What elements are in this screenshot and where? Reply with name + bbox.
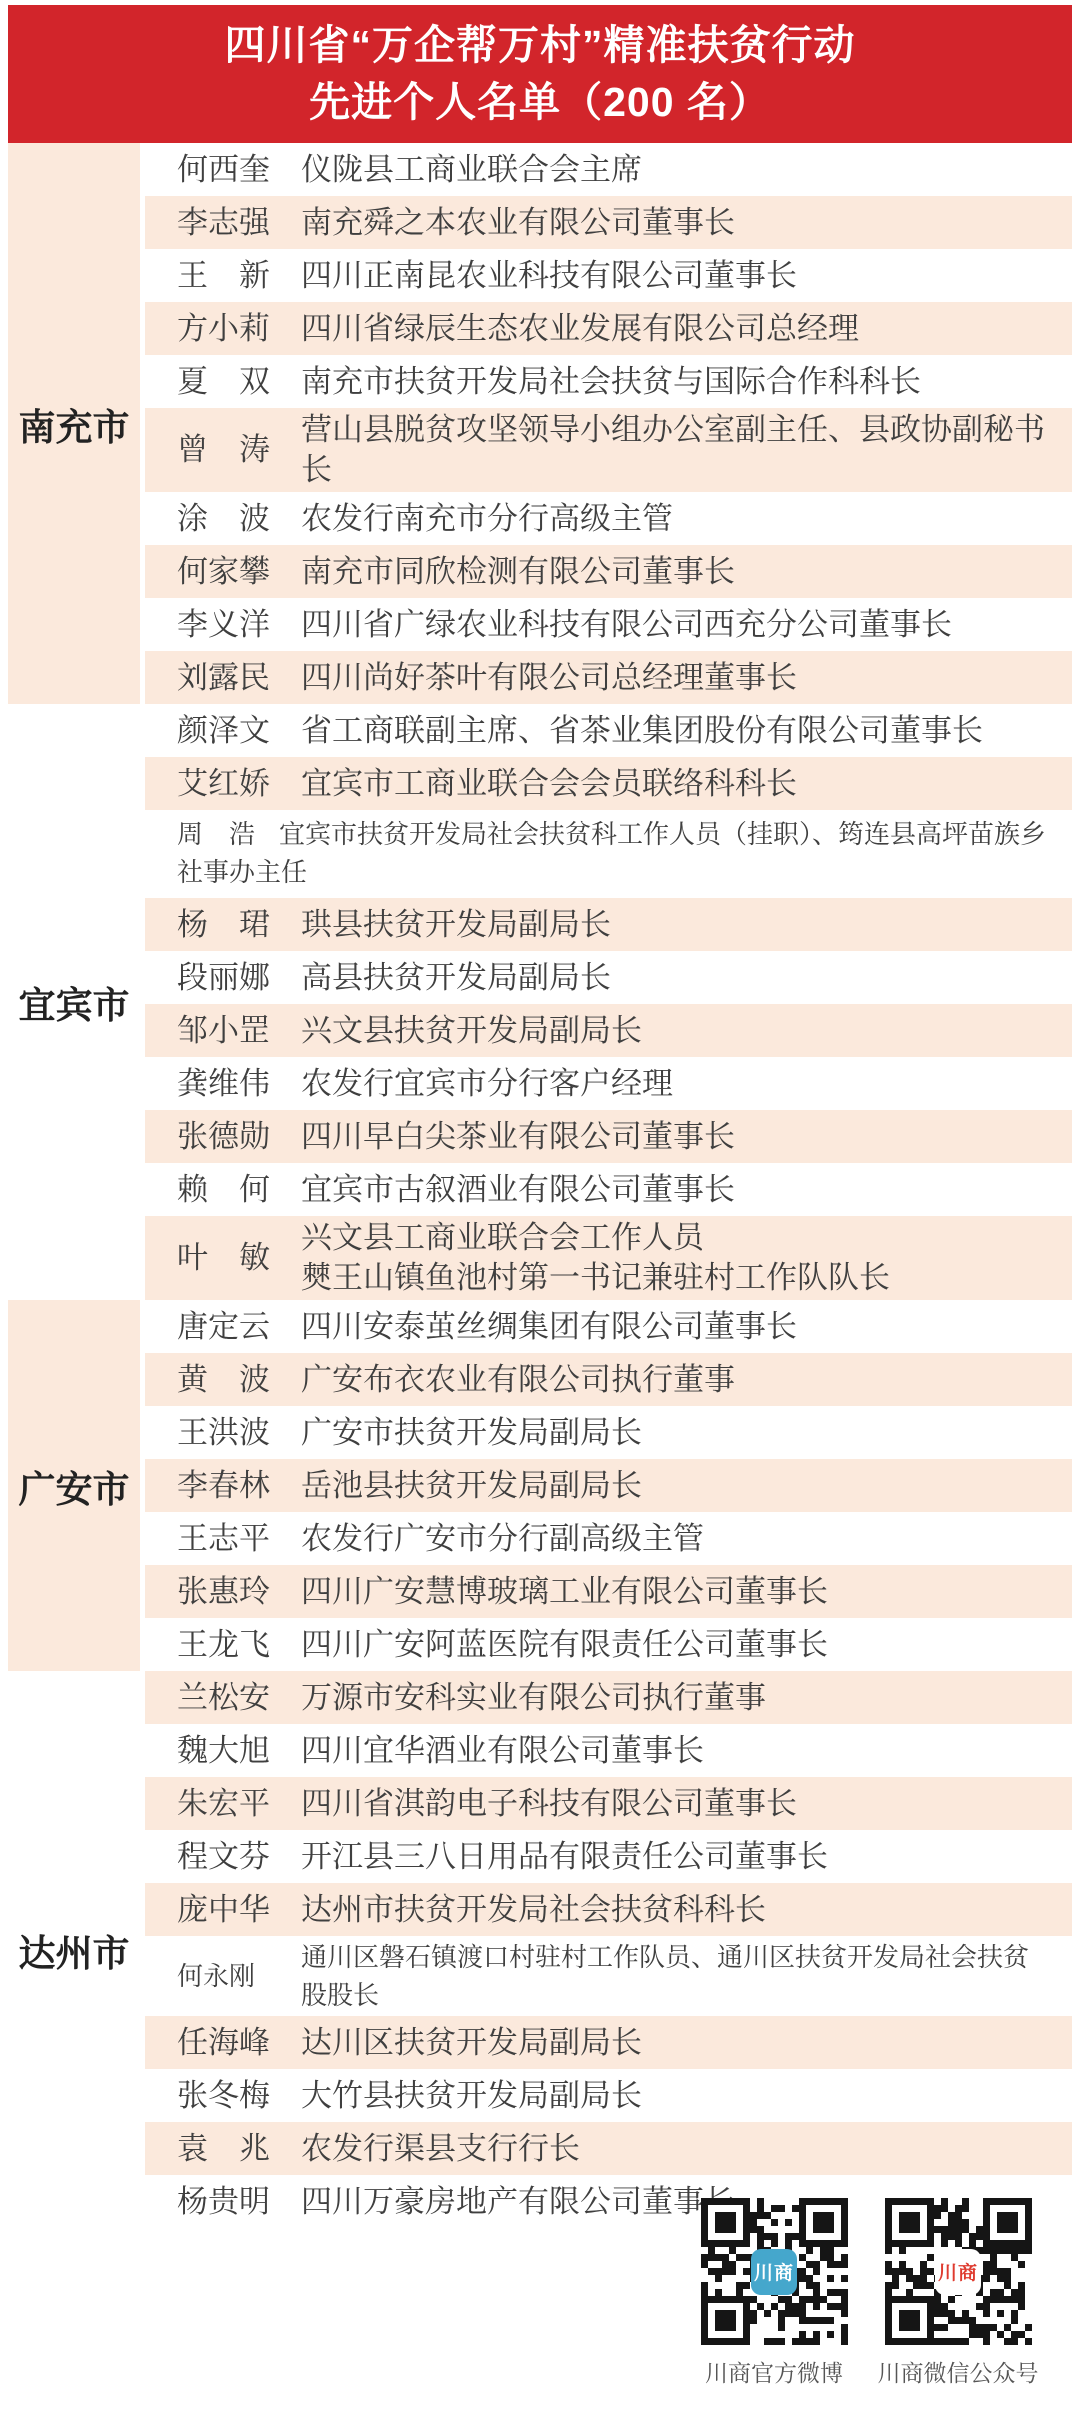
person-name: 黄 波 bbox=[177, 1360, 279, 1400]
section-rows: 唐定云四川安泰茧丝绸集团有限公司董事长黄 波广安布衣农业有限公司执行董事王洪波广… bbox=[145, 1300, 1072, 1671]
person-name: 兰松安 bbox=[177, 1678, 279, 1718]
person-title: 万源市安科实业有限公司执行董事 bbox=[301, 1678, 766, 1718]
list-row: 杨 珺珙县扶贫开发局副局长 bbox=[145, 898, 1072, 951]
list-row: 张德勋四川早白尖茶业有限公司董事长 bbox=[145, 1110, 1072, 1163]
chuanshang-logo-red: 川商 bbox=[935, 2249, 981, 2295]
person-name: 王龙飞 bbox=[177, 1625, 279, 1665]
person-title: 四川广安阿蓝医院有限责任公司董事长 bbox=[301, 1625, 828, 1665]
person-title: 开江县三八日用品有限责任公司董事长 bbox=[301, 1837, 828, 1877]
person-title: 四川广安慧博玻璃工业有限公司董事长 bbox=[301, 1572, 828, 1612]
list-row: 李义洋四川省广绿农业科技有限公司西充分公司董事长 bbox=[145, 598, 1072, 651]
list-row: 涂 波农发行南充市分行高级主管 bbox=[145, 492, 1072, 545]
person-title: 宜宾市扶贫开发局社会扶贫科工作人员（挂职）、筠连县高坪苗族乡社事办主任 bbox=[177, 819, 1046, 887]
person-name: 何家攀 bbox=[177, 552, 279, 592]
wechat-qr-code: 川商 bbox=[885, 2198, 1032, 2345]
list-row: 颜泽文省工商联副主席、省茶业集团股份有限公司董事长 bbox=[145, 704, 1072, 757]
person-name: 王志平 bbox=[177, 1519, 279, 1559]
list-row: 魏大旭四川宜华酒业有限公司董事长 bbox=[145, 1724, 1072, 1777]
person-title: 宜宾市工商业联合会会员联络科科长 bbox=[301, 764, 797, 804]
person-name: 魏大旭 bbox=[177, 1731, 279, 1771]
person-name: 王洪波 bbox=[177, 1413, 279, 1453]
person-title: 农发行广安市分行副高级主管 bbox=[301, 1519, 704, 1559]
person-name: 张冬梅 bbox=[177, 2076, 279, 2116]
person-title: 南充市同欣检测有限公司董事长 bbox=[301, 552, 735, 592]
person-title: 四川正南昆农业科技有限公司董事长 bbox=[301, 256, 797, 296]
list-row: 邹小罡兴文县扶贫开发局副局长 bbox=[145, 1004, 1072, 1057]
person-title: 仪陇县工商业联合会主席 bbox=[301, 150, 642, 190]
person-title: 农发行宜宾市分行客户经理 bbox=[301, 1064, 673, 1104]
person-title: 四川省广绿农业科技有限公司西充分公司董事长 bbox=[301, 605, 952, 645]
list-row: 任海峰达川区扶贫开发局副局长 bbox=[145, 2016, 1072, 2069]
footer: 川商 川商官方微博 川商 川商微信公众号 bbox=[0, 2190, 1080, 2436]
list-row: 何永刚通川区磐石镇渡口村驻村工作队员、通川区扶贫开发局社会扶贫股股长 bbox=[145, 1936, 1072, 2016]
list-row: 叶 敏兴文县工商业联合会工作人员 僰王山镇鱼池村第一书记兼驻村工作队队长 bbox=[145, 1216, 1072, 1300]
person-title: 宜宾市古叙酒业有限公司董事长 bbox=[301, 1170, 735, 1210]
person-name: 唐定云 bbox=[177, 1307, 279, 1347]
list-row: 李春林岳池县扶贫开发局副局长 bbox=[145, 1459, 1072, 1512]
person-name: 刘露民 bbox=[177, 658, 279, 698]
section-rows: 颜泽文省工商联副主席、省茶业集团股份有限公司董事长艾红娇宜宾市工商业联合会会员联… bbox=[145, 704, 1072, 1300]
person-title: 兴文县扶贫开发局副局长 bbox=[301, 1011, 642, 1051]
person-title: 岳池县扶贫开发局副局长 bbox=[301, 1466, 642, 1506]
person-name: 杨 珺 bbox=[177, 905, 279, 945]
person-name: 夏 双 bbox=[177, 362, 279, 402]
person-name: 程文芬 bbox=[177, 1837, 279, 1877]
list-row: 艾红娇宜宾市工商业联合会会员联络科科长 bbox=[145, 757, 1072, 810]
person-name: 周 浩 bbox=[177, 819, 255, 849]
person-name: 邹小罡 bbox=[177, 1011, 279, 1051]
weibo-qr-block: 川商 川商官方微博 bbox=[700, 2198, 848, 2388]
list-row: 段丽娜高县扶贫开发局副局长 bbox=[145, 951, 1072, 1004]
section-label: 广安市 bbox=[8, 1300, 140, 1671]
person-title: 广安市扶贫开发局副局长 bbox=[301, 1413, 642, 1453]
person-name: 曾 涛 bbox=[177, 430, 279, 470]
city-section: 达州市兰松安万源市安科实业有限公司执行董事魏大旭四川宜华酒业有限公司董事长朱宏平… bbox=[8, 1671, 1072, 2228]
section-label: 宜宾市 bbox=[8, 704, 140, 1300]
list-row: 何家攀南充市同欣检测有限公司董事长 bbox=[145, 545, 1072, 598]
list-row: 唐定云四川安泰茧丝绸集团有限公司董事长 bbox=[145, 1300, 1072, 1353]
person-title: 广安布衣农业有限公司执行董事 bbox=[301, 1360, 735, 1400]
section-label: 达州市 bbox=[8, 1671, 140, 2228]
list-row: 曾 涛营山县脱贫攻坚领导小组办公室副主任、县政协副秘书长 bbox=[145, 408, 1072, 492]
list-row: 王龙飞四川广安阿蓝医院有限责任公司董事长 bbox=[145, 1618, 1072, 1671]
person-name: 颜泽文 bbox=[177, 711, 279, 751]
person-title: 营山县脱贫攻坚领导小组办公室副主任、县政协副秘书长 bbox=[301, 410, 1054, 490]
list-row: 龚维伟农发行宜宾市分行客户经理 bbox=[145, 1057, 1072, 1110]
person-title: 四川宜华酒业有限公司董事长 bbox=[301, 1731, 704, 1771]
header-title-line1: 四川省“万企帮万村”精准扶贫行动 bbox=[225, 17, 856, 74]
person-title: 达州市扶贫开发局社会扶贫科科长 bbox=[301, 1890, 766, 1930]
person-name: 艾红娇 bbox=[177, 764, 279, 804]
person-name: 段丽娜 bbox=[177, 958, 279, 998]
list-row: 庞中华达州市扶贫开发局社会扶贫科科长 bbox=[145, 1883, 1072, 1936]
city-section: 广安市唐定云四川安泰茧丝绸集团有限公司董事长黄 波广安布衣农业有限公司执行董事王… bbox=[8, 1300, 1072, 1671]
awardee-list: 南充市何西奎仪陇县工商业联合会主席李志强南充舜之本农业有限公司董事长王 新四川正… bbox=[8, 143, 1072, 2228]
person-name: 龚维伟 bbox=[177, 1064, 279, 1104]
list-row: 方小莉四川省绿辰生态农业发展有限公司总经理 bbox=[145, 302, 1072, 355]
city-section: 宜宾市颜泽文省工商联副主席、省茶业集团股份有限公司董事长艾红娇宜宾市工商业联合会… bbox=[8, 704, 1072, 1300]
person-name: 李志强 bbox=[177, 203, 279, 243]
person-title: 农发行南充市分行高级主管 bbox=[301, 499, 673, 539]
person-title: 珙县扶贫开发局副局长 bbox=[301, 905, 611, 945]
poster-page: 四川省“万企帮万村”精准扶贫行动 先进个人名单（200 名） 南充市何西奎仪陇县… bbox=[0, 0, 1080, 2436]
list-row: 赖 何宜宾市古叙酒业有限公司董事长 bbox=[145, 1163, 1072, 1216]
list-row: 张冬梅大竹县扶贫开发局副局长 bbox=[145, 2069, 1072, 2122]
list-row: 程文芬开江县三八日用品有限责任公司董事长 bbox=[145, 1830, 1072, 1883]
person-title: 四川省绿辰生态农业发展有限公司总经理 bbox=[301, 309, 859, 349]
section-label: 南充市 bbox=[8, 143, 140, 704]
list-row: 王洪波广安市扶贫开发局副局长 bbox=[145, 1406, 1072, 1459]
person-name: 张惠玲 bbox=[177, 1572, 279, 1612]
person-title: 达川区扶贫开发局副局长 bbox=[301, 2023, 642, 2063]
person-name: 何永刚 bbox=[177, 1957, 279, 1995]
person-title: 四川安泰茧丝绸集团有限公司董事长 bbox=[301, 1307, 797, 1347]
list-row: 兰松安万源市安科实业有限公司执行董事 bbox=[145, 1671, 1072, 1724]
person-name: 赖 何 bbox=[177, 1170, 279, 1210]
list-row: 王 新四川正南昆农业科技有限公司董事长 bbox=[145, 249, 1072, 302]
person-title: 农发行渠县支行行长 bbox=[301, 2129, 580, 2169]
person-title: 四川早白尖茶业有限公司董事长 bbox=[301, 1117, 735, 1157]
list-row: 朱宏平四川省淇韵电子科技有限公司董事长 bbox=[145, 1777, 1072, 1830]
list-row: 李志强南充舜之本农业有限公司董事长 bbox=[145, 196, 1072, 249]
person-title: 南充市扶贫开发局社会扶贫与国际合作科科长 bbox=[301, 362, 921, 402]
person-title: 大竹县扶贫开发局副局长 bbox=[301, 2076, 642, 2116]
person-name: 王 新 bbox=[177, 256, 279, 296]
person-title: 通川区磐石镇渡口村驻村工作队员、通川区扶贫开发局社会扶贫股股长 bbox=[301, 1938, 1054, 2014]
list-row: 夏 双南充市扶贫开发局社会扶贫与国际合作科科长 bbox=[145, 355, 1072, 408]
person-title: 省工商联副主席、省茶业集团股份有限公司董事长 bbox=[301, 711, 983, 751]
person-name: 张德勋 bbox=[177, 1117, 279, 1157]
weibo-qr-caption: 川商官方微博 bbox=[705, 2355, 843, 2388]
person-name: 任海峰 bbox=[177, 2023, 279, 2063]
person-name: 朱宏平 bbox=[177, 1784, 279, 1824]
list-row: 黄 波广安布衣农业有限公司执行董事 bbox=[145, 1353, 1072, 1406]
person-title: 南充舜之本农业有限公司董事长 bbox=[301, 203, 735, 243]
city-section: 南充市何西奎仪陇县工商业联合会主席李志强南充舜之本农业有限公司董事长王 新四川正… bbox=[8, 143, 1072, 704]
header-title-line2: 先进个人名单（200 名） bbox=[309, 74, 771, 131]
person-title: 兴文县工商业联合会工作人员 僰王山镇鱼池村第一书记兼驻村工作队队长 bbox=[301, 1218, 890, 1298]
list-row: 张惠玲四川广安慧博玻璃工业有限公司董事长 bbox=[145, 1565, 1072, 1618]
section-rows: 何西奎仪陇县工商业联合会主席李志强南充舜之本农业有限公司董事长王 新四川正南昆农… bbox=[145, 143, 1072, 704]
person-name: 袁 兆 bbox=[177, 2129, 279, 2169]
list-row: 何西奎仪陇县工商业联合会主席 bbox=[145, 143, 1072, 196]
section-rows: 兰松安万源市安科实业有限公司执行董事魏大旭四川宜华酒业有限公司董事长朱宏平四川省… bbox=[145, 1671, 1072, 2228]
list-row: 周 浩宜宾市扶贫开发局社会扶贫科工作人员（挂职）、筠连县高坪苗族乡社事办主任 bbox=[145, 810, 1072, 898]
person-name: 李春林 bbox=[177, 1466, 279, 1506]
person-name: 庞中华 bbox=[177, 1890, 279, 1930]
person-title: 高县扶贫开发局副局长 bbox=[301, 958, 611, 998]
header-banner: 四川省“万企帮万村”精准扶贫行动 先进个人名单（200 名） bbox=[8, 5, 1072, 143]
wechat-qr-caption: 川商微信公众号 bbox=[878, 2355, 1039, 2388]
person-name: 叶 敏 bbox=[177, 1238, 279, 1278]
list-row: 袁 兆农发行渠县支行行长 bbox=[145, 2122, 1072, 2175]
person-title: 四川省淇韵电子科技有限公司董事长 bbox=[301, 1784, 797, 1824]
person-name: 何西奎 bbox=[177, 150, 279, 190]
list-row: 刘露民四川尚好茶叶有限公司总经理董事长 bbox=[145, 651, 1072, 704]
chuanshang-logo-blue: 川商 bbox=[751, 2249, 797, 2295]
person-name: 方小莉 bbox=[177, 309, 279, 349]
weibo-qr-code: 川商 bbox=[701, 2198, 848, 2345]
person-name: 李义洋 bbox=[177, 605, 279, 645]
list-row: 王志平农发行广安市分行副高级主管 bbox=[145, 1512, 1072, 1565]
wechat-qr-block: 川商 川商微信公众号 bbox=[884, 2198, 1032, 2388]
person-name: 涂 波 bbox=[177, 499, 279, 539]
person-title: 四川尚好茶叶有限公司总经理董事长 bbox=[301, 658, 797, 698]
